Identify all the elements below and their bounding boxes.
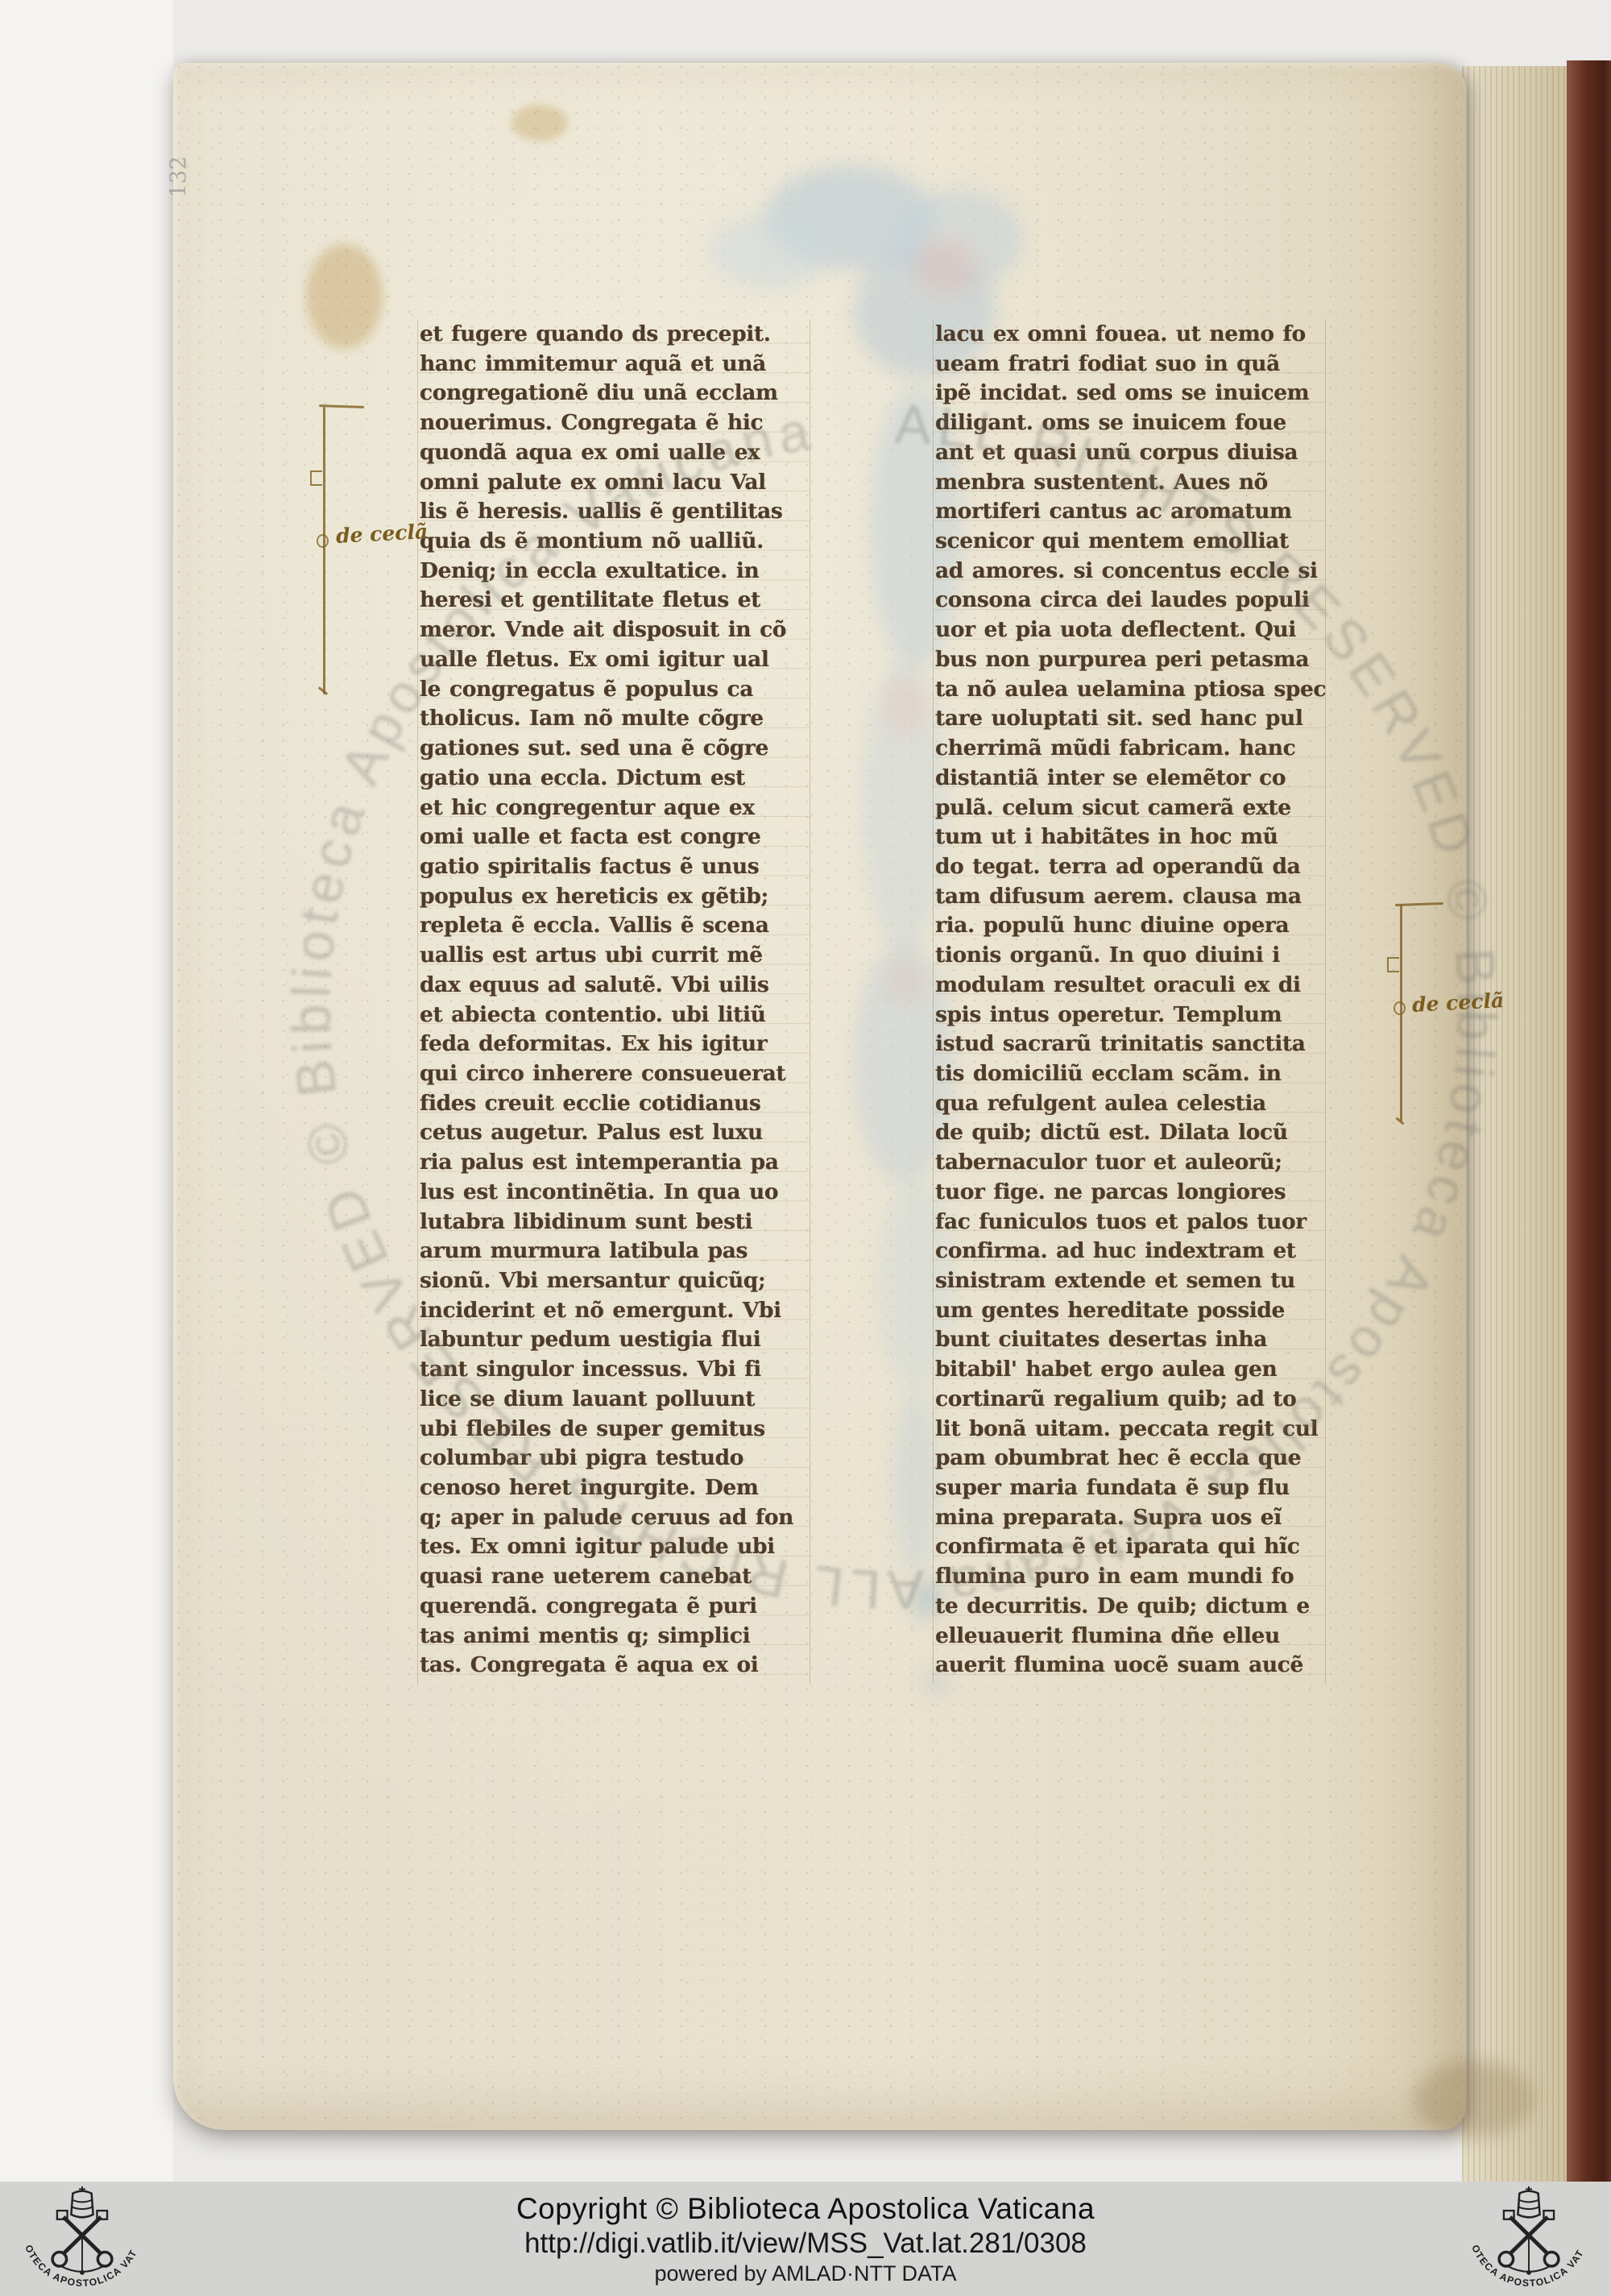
manuscript-line: elleuauerit flumina dñe elleu (933, 1622, 1326, 1652)
manuscript-line: tes. Ex omni igitur palude ubi (417, 1532, 810, 1562)
manuscript-line: lus est incontinẽtia. In qua uo (417, 1178, 810, 1208)
manuscript-line: quia ds ẽ montium nõ ualliũ. (417, 527, 810, 557)
manuscript-line: tuor fige. ne parcas longiores (933, 1178, 1326, 1208)
manuscript-line: te decurritis. De quib; dictum e (933, 1592, 1326, 1622)
manuscript-line: tionis organũ. In quo diuini i (933, 941, 1326, 971)
vatican-logo-right: BIBLIOTECA APOSTOLICA VATICANA (1456, 2185, 1601, 2294)
scanner-white-strip (0, 0, 173, 2183)
manuscript-line: omni palute ex omni lacu Val (417, 468, 810, 498)
manuscript-line: tholicus. Iam nõ multe cõgre (417, 704, 810, 734)
manuscript-line: lice se dium lauant polluunt (417, 1385, 810, 1415)
manuscript-line: cherrimã mũdi fabricam. hanc (933, 734, 1326, 764)
manuscript-line: ueam fratri fodiat suo in quã (933, 350, 1326, 379)
page-edges-strip (1462, 66, 1567, 2182)
manuscript-line: et hic congregentur aque ex (417, 794, 810, 823)
manuscript-line: querendã. congregata ẽ puri (417, 1592, 810, 1622)
margin-note-right: de ceclã (1411, 988, 1505, 1017)
text-column-2: lacu ex omni fouea. ut nemo foueam fratr… (933, 320, 1326, 1685)
manuscript-line: do tegat. terra ad operandũ da (933, 852, 1326, 882)
manuscript-line: lutabra libidinum sunt besti (417, 1208, 810, 1237)
manuscript-line: tabernaculor tuor et auleorũ; (933, 1148, 1326, 1178)
manuscript-line: hanc immitemur aquã et unã (417, 350, 810, 379)
manuscript-line: cenoso heret ingurgite. Dem (417, 1473, 810, 1503)
manuscript-line: consona circa dei laudes populi (933, 586, 1326, 615)
manuscript-line: pulã. celum sicut camerã exte (933, 794, 1326, 823)
manuscript-line: cetus augetur. Palus est luxu (417, 1118, 810, 1148)
manuscript-line: tas animi mentis q; simplici (417, 1622, 810, 1652)
manuscript-line: confirmata ẽ et iparata qui hĩc (933, 1532, 1326, 1562)
manuscript-line: cortinarũ regalium quib; ad to (933, 1385, 1326, 1415)
manuscript-line: populus ex hereticis ex gẽtib; (417, 882, 810, 912)
manuscript-line: heresi et gentilitate fletus et (417, 586, 810, 615)
manuscript-line: scenicor qui mentem emolliat (933, 527, 1326, 557)
manuscript-line: lit bonã uitam. peccata regit cul (933, 1415, 1326, 1444)
manuscript-line: confirma. ad huc indextram et (933, 1237, 1326, 1266)
manuscript-line: qui circo inherere consueuerat (417, 1059, 810, 1089)
manuscript-line: dax equus ad salutẽ. Vbi uilis (417, 971, 810, 1001)
manuscript-line: ubi flebiles de super gemitus (417, 1415, 810, 1444)
manuscript-line: bunt ciuitates desertas inha (933, 1325, 1326, 1355)
manuscript-line: Deniq; in eccla exultatice. in (417, 557, 810, 586)
manuscript-line: mortiferi cantus ac aromatum (933, 497, 1326, 527)
manuscript-line: lis ẽ heresis. uallis ẽ gentilitas (417, 497, 810, 527)
manuscript-line: congregationẽ diu unã ecclam (417, 379, 810, 408)
manuscript-line: fides creuit ecclie cotidianus (417, 1089, 810, 1119)
manuscript-line: ant et quasi unũ corpus diuisa (933, 438, 1326, 468)
keys-and-tiara-icon (1499, 2186, 1559, 2275)
margin-note-left: de ceclã (335, 520, 429, 548)
manuscript-line: spis intus operetur. Templum (933, 1001, 1326, 1030)
manuscript-line: ria palus est intemperantia pa (417, 1148, 810, 1178)
parchment-stain (306, 244, 383, 349)
manuscript-line: bitabil' habet ergo aulea gen (933, 1355, 1326, 1385)
copyright-text: Copyright © Biblioteca Apostolica Vatica… (516, 2192, 1095, 2226)
manuscript-line: qua refulgent aulea celestia (933, 1089, 1326, 1119)
url-text: http://digi.vatlib.it/view/MSS_Vat.lat.2… (524, 2228, 1087, 2260)
manuscript-line: feda deformitas. Ex his igitur (417, 1030, 810, 1059)
manuscript-line: ta nõ aulea uelamina ptiosa spec (933, 675, 1326, 705)
manuscript-line: gatio spiritalis factus ẽ unus (417, 852, 810, 882)
manuscript-line: tis domiciliũ ecclam scãm. in (933, 1059, 1326, 1089)
manuscript-line: repleta ẽ eccla. Vallis ẽ scena (417, 911, 810, 941)
manuscript-line: ad amores. si concentus eccle si (933, 557, 1326, 586)
manuscript-line: tant singulor incessus. Vbi fi (417, 1355, 810, 1385)
manuscript-line: tare uoluptati sit. sed hanc pul (933, 704, 1326, 734)
manuscript-line: et fugere quando ds precepit. (417, 320, 810, 350)
manuscript-line: um gentes hereditate posside (933, 1296, 1326, 1326)
manuscript-line: distantiã inter se elemẽtor co (933, 764, 1326, 794)
manuscript-line: inciderint et nõ emergunt. Vbi (417, 1296, 810, 1326)
manuscript-line: bus non purpurea peri petasma (933, 645, 1326, 675)
manuscript-line: tas. Congregata ẽ aqua ex oi (417, 1651, 810, 1681)
manuscript-line: tam difusum aerem. clausa ma (933, 882, 1326, 912)
manuscript-line: ipẽ incidat. sed oms se inuicem (933, 379, 1326, 408)
manuscript-line: modulam resultet oraculi ex di (933, 971, 1326, 1001)
text-column-1: et fugere quando ds precepit.hanc immite… (417, 320, 810, 1685)
parchment-stain (511, 105, 568, 141)
manuscript-line: gatio una eccla. Dictum est (417, 764, 810, 794)
manuscript-line: lacu ex omni fouea. ut nemo fo (933, 320, 1326, 350)
manuscript-line: uallis est artus ubi currit mẽ (417, 941, 810, 971)
manuscript-line: meror. Vnde ait disposuit in cõ (417, 615, 810, 645)
vatican-logo-left: BIBLIOTECA APOSTOLICA VATICANA (10, 2185, 155, 2294)
manuscript-line: ualle fletus. Ex omi igitur ual (417, 645, 810, 675)
manuscript-line: pam obumbrat hec ẽ eccla que (933, 1444, 1326, 1473)
manuscript-line: fac funiculos tuos et palos tuor (933, 1208, 1326, 1237)
manuscript-line: istud sacrarũ trinitatis sanctita (933, 1030, 1326, 1059)
footer: Copyright © Biblioteca Apostolica Vatica… (0, 2182, 1611, 2296)
manuscript-line: le congregatus ẽ populus ca (417, 675, 810, 705)
manuscript-line: super maria fundata ẽ sup flu (933, 1473, 1326, 1503)
manuscript-line: arum murmura latibula pas (417, 1237, 810, 1266)
manuscript-line: q; aper in palude ceruus ad fon (417, 1503, 810, 1533)
scan-background: { "scan": { "folio_label": "132", "margi… (0, 0, 1611, 2296)
manuscript-line: tum ut i habitãtes in hoc mũ (933, 823, 1326, 852)
manuscript-line: uor et pia uota deflectent. Qui (933, 615, 1326, 645)
folio-number: 132 (166, 156, 191, 198)
manuscript-line: gationes sut. sed una ẽ cõgre (417, 734, 810, 764)
manuscript-line: mina preparata. Supra uos eĩ (933, 1503, 1326, 1533)
manuscript-line: auerit flumina uocẽ suam aucẽ (933, 1651, 1326, 1681)
manuscript-line: menbra sustentent. Aues nõ (933, 468, 1326, 498)
manuscript-line: flumina puro in eam mundi fo (933, 1562, 1326, 1592)
keys-and-tiara-icon (52, 2186, 112, 2275)
manuscript-line: de quib; dictũ est. Dilata locũ (933, 1118, 1326, 1148)
manuscript-line: quondã aqua ex omi ualle ex (417, 438, 810, 468)
manuscript-line: ria. populũ hunc diuine opera (933, 911, 1326, 941)
powered-by-text: powered by AMLAD·NTT DATA (654, 2261, 956, 2286)
binding-strip (1567, 60, 1611, 2182)
manuscript-line: diligant. oms se inuicem foue (933, 408, 1326, 438)
manuscript-line: sinistram extende et semen tu (933, 1266, 1326, 1296)
manuscript-line: labuntur pedum uestigia flui (417, 1325, 810, 1355)
manuscript-line: sionũ. Vbi mersantur quicũq; (417, 1266, 810, 1296)
manuscript-line: et abiecta contentio. ubi litiũ (417, 1001, 810, 1030)
manuscript-line: omi ualle et facta est congre (417, 823, 810, 852)
manuscript-line: columbar ubi pigra testudo (417, 1444, 810, 1473)
manuscript-line: nouerimus. Congregata ẽ hic (417, 408, 810, 438)
manuscript-line: quasi rane ueterem canebat (417, 1562, 810, 1592)
